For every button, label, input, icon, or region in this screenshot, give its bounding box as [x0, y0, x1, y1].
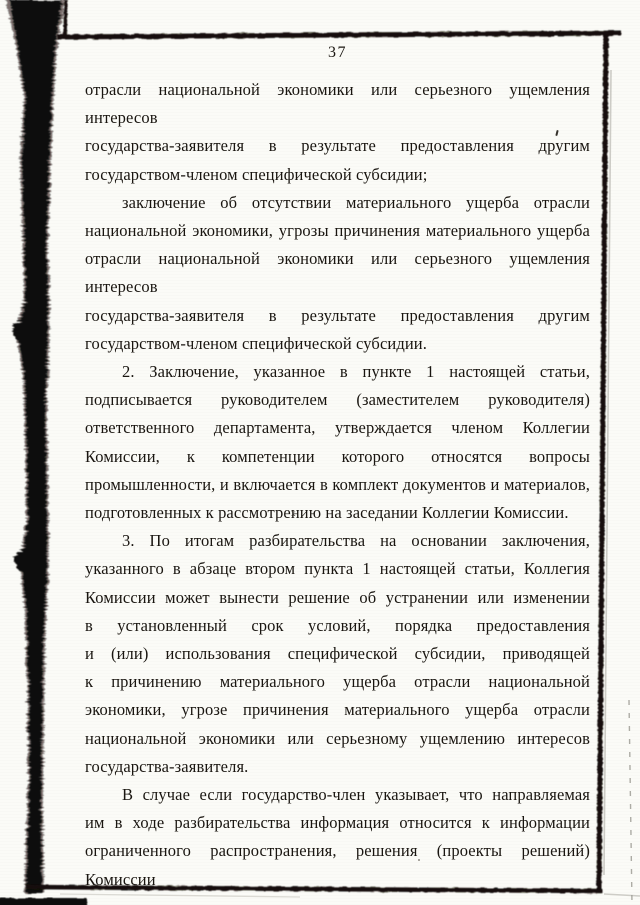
text-line: 3. По итогам разбирательства на основани…	[85, 527, 590, 555]
text-line: государством-членом специфической субсид…	[85, 330, 590, 358]
text-line: ответственного департамента, утверждаетс…	[85, 414, 590, 442]
text-line: экономики, угрозе причинения материально…	[85, 696, 590, 724]
scanned-document-page: 37 отрасли национальной экономики или се…	[0, 0, 640, 905]
scan-speck: х	[291, 509, 296, 518]
text-line: в установленный срок условий, порядка пр…	[85, 612, 590, 640]
text-line: подписывается руководителем (заместителе…	[85, 386, 590, 414]
text-line: заключение об отсутствии материального у…	[85, 189, 590, 217]
scan-binding-shadow	[6, 0, 66, 893]
page-number: 37	[85, 44, 590, 62]
text-line: государства-заявителя в результате предо…	[85, 302, 590, 330]
text-line: 2. Заключение, указанное в пункте 1 наст…	[85, 358, 590, 386]
text-line: ограниченного распространения, решения (…	[85, 837, 590, 893]
page-frame-border-top	[57, 33, 621, 37]
text-line: отрасли национальной экономики или серье…	[85, 245, 590, 301]
scan-fold-dashes	[629, 700, 632, 905]
text-line: Комиссии, к компетенции которого относят…	[85, 443, 590, 471]
scan-speck	[418, 859, 420, 861]
text-line: государства-заявителя.	[85, 753, 590, 781]
text-line: В случае если государство-член указывает…	[85, 781, 590, 809]
text-line: национальной экономики или серьезному ущ…	[85, 725, 590, 753]
text-line: государства-заявителя в результате предо…	[85, 132, 590, 160]
text-line: указанного в абзаце втором пункта 1 наст…	[85, 555, 590, 583]
scan-bottom-edge-bar	[0, 898, 87, 905]
text-line: к причинению материального ущерба отрасл…	[85, 668, 590, 696]
text-line: отрасли национальной экономики или серье…	[85, 76, 590, 132]
page-frame-top-left-stub	[65, 0, 66, 36]
text-line: подготовленных к рассмотрению на заседан…	[85, 499, 590, 527]
page-frame-border-right	[599, 34, 606, 889]
text-line: им в ходе разбирательства информация отн…	[85, 809, 590, 837]
text-line: национальной экономики, угрозы причинени…	[85, 217, 590, 245]
document-text: отрасли национальной экономики или серье…	[85, 76, 590, 894]
text-line: промышленности, и включается в комплект …	[85, 471, 590, 499]
text-line: государством-членом специфической субсид…	[85, 161, 590, 189]
text-line: и (или) использования специфической субс…	[85, 640, 590, 668]
text-line: Комиссии может вынести решение об устран…	[85, 584, 590, 612]
